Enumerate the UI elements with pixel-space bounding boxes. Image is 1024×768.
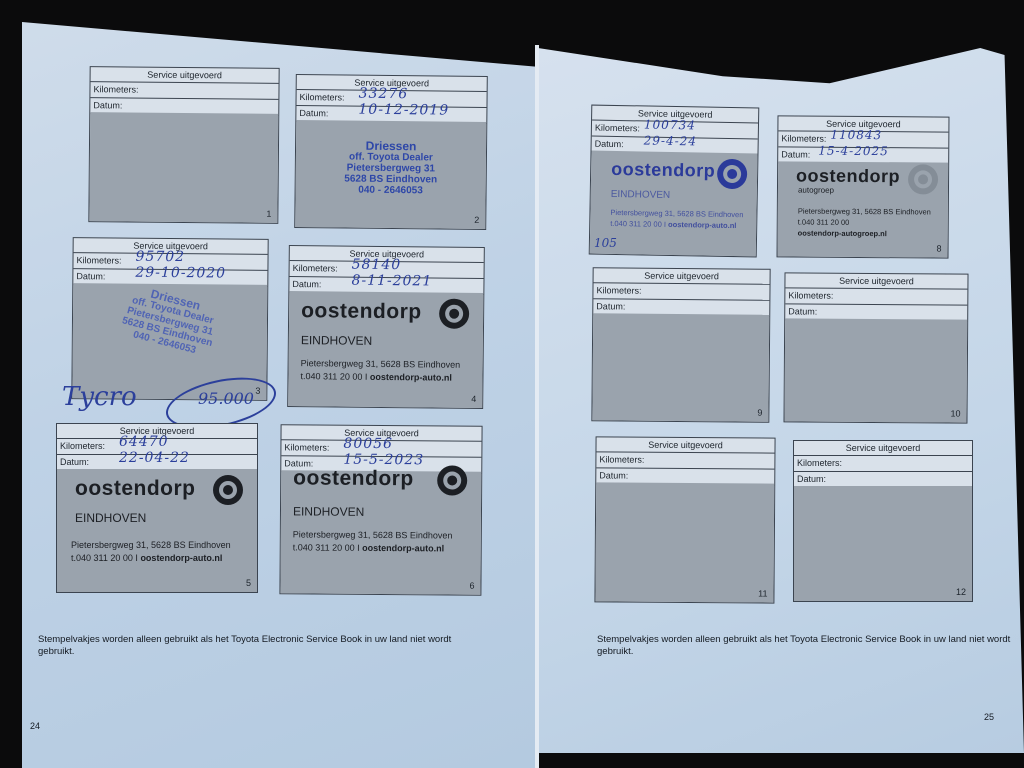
- box-title: Service uitgevoerd: [91, 67, 279, 84]
- box-number: 1: [266, 209, 271, 219]
- date-value: 15-4-2025: [818, 144, 889, 159]
- oostendorp-logo-text: oostendorp: [796, 166, 900, 188]
- stamp-area: Driessen off. Toyota Dealer Pietersbergw…: [295, 120, 486, 229]
- km-row: Kilometers:: [794, 456, 972, 472]
- service-box-12: Service uitgevoerd Kilometers: Datum: 12: [793, 440, 973, 602]
- service-box-8: Service uitgevoerd Kilometers:110843 Dat…: [777, 115, 950, 258]
- stamp-area: oostendorp EINDHOVEN Pietersbergweg 31, …: [288, 291, 483, 408]
- service-box-2: Service uitgevoerd Kilometers:33276 Datu…: [294, 74, 488, 230]
- km-value: 110843: [830, 128, 882, 143]
- right-page-number: 25: [984, 712, 994, 722]
- km-value: 100734: [644, 117, 696, 133]
- circled-note-text: 95.000: [198, 389, 254, 408]
- stamp-area: oostendorp EINDHOVEN Pietersbergweg 31, …: [280, 470, 481, 594]
- handwritten-signature: Tycro: [62, 382, 137, 412]
- date-value: 8-11-2021: [351, 274, 432, 290]
- box-number: 4: [471, 394, 476, 404]
- stamp-area: 1: [89, 112, 278, 223]
- service-box-9: Service uitgevoerd Kilometers: Datum: 9: [591, 267, 770, 423]
- box-title: Service uitgevoerd: [785, 273, 967, 289]
- km-value: 58140: [352, 258, 402, 274]
- box-number: 11: [758, 589, 767, 599]
- oostendorp-target-icon: [908, 164, 938, 194]
- box-number: 5: [246, 578, 251, 588]
- service-box-6: Service uitgevoerd Kilometers:80056 Datu…: [279, 424, 482, 595]
- oostendorp-target-icon: [717, 159, 748, 190]
- km-value: 80056: [343, 437, 393, 452]
- service-box-1: Service uitgevoerd Kilometers: Datum: 1: [88, 66, 279, 224]
- box-number: 12: [956, 587, 966, 597]
- date-value: 22-04-22: [119, 451, 190, 466]
- km-row: Kilometers:: [596, 452, 774, 469]
- stamp-area: 10: [784, 318, 967, 422]
- oostendorp-logo-text: oostendorp: [75, 477, 196, 501]
- driessen-stamp: Driessen off. Toyota Dealer Pietersbergw…: [296, 140, 487, 197]
- box-title: Service uitgevoerd: [794, 441, 972, 456]
- box-title: Service uitgevoerd: [594, 268, 770, 285]
- service-box-11: Service uitgevoerd Kilometers: Datum: 11: [594, 436, 775, 603]
- box-number: 9: [757, 408, 762, 418]
- handwritten-note: 105: [594, 236, 617, 250]
- box-number: 8: [937, 244, 942, 254]
- stamp-area: 9: [592, 313, 769, 422]
- left-page-number: 24: [30, 721, 40, 731]
- oostendorp-logo-text: oostendorp: [301, 299, 422, 324]
- km-row: Kilometers:: [90, 82, 278, 100]
- left-footnote: Stempelvakjes worden alleen gebruikt als…: [38, 634, 458, 658]
- stamp-area: 12: [794, 486, 972, 601]
- km-value: 33276: [359, 87, 409, 103]
- service-box-7: Service uitgevoerd Kilometers:100734 Dat…: [589, 105, 760, 258]
- oostendorp-target-icon: [437, 465, 467, 495]
- box-number: 10: [950, 409, 960, 419]
- stamp-area: oostendorp EINDHOVEN Pietersbergweg 31, …: [57, 469, 257, 592]
- stamp-area: 11: [595, 482, 774, 602]
- service-box-10: Service uitgevoerd Kilometers: Datum: 10: [783, 272, 968, 423]
- km-value: 64470: [119, 435, 169, 450]
- service-box-4: Service uitgevoerd Kilometers:58140 Datu…: [287, 245, 485, 409]
- box-number: 6: [469, 581, 474, 591]
- oostendorp-logo-text: oostendorp: [293, 466, 414, 491]
- right-footnote: Stempelvakjes worden alleen gebruikt als…: [597, 634, 1017, 658]
- km-row: Kilometers:: [593, 283, 769, 301]
- date-value: 29-4-24: [644, 133, 698, 149]
- km-row: Kilometers:: [785, 288, 967, 305]
- date-value: 29-10-2020: [135, 266, 226, 282]
- box-number: 2: [474, 215, 479, 225]
- oostendorp-logo-text: oostendorp: [611, 159, 715, 182]
- booklet-spine: [535, 45, 539, 768]
- driessen-stamp: Driessen off. Toyota Dealer Pietersbergw…: [69, 271, 271, 373]
- stamp-area: oostendorp autogroep Pietersbergweg 31, …: [778, 161, 949, 257]
- km-value: 95702: [135, 250, 185, 265]
- date-value: 10-12-2019: [358, 103, 449, 119]
- oostendorp-target-icon: [439, 299, 469, 329]
- service-box-5: Service uitgevoerd Kilometers:64470 Datu…: [56, 423, 258, 593]
- oostendorp-target-icon: [213, 475, 243, 505]
- service-box-3: Service uitgevoerd Kilometers:95702 Datu…: [71, 237, 268, 401]
- box-title: Service uitgevoerd: [596, 437, 774, 453]
